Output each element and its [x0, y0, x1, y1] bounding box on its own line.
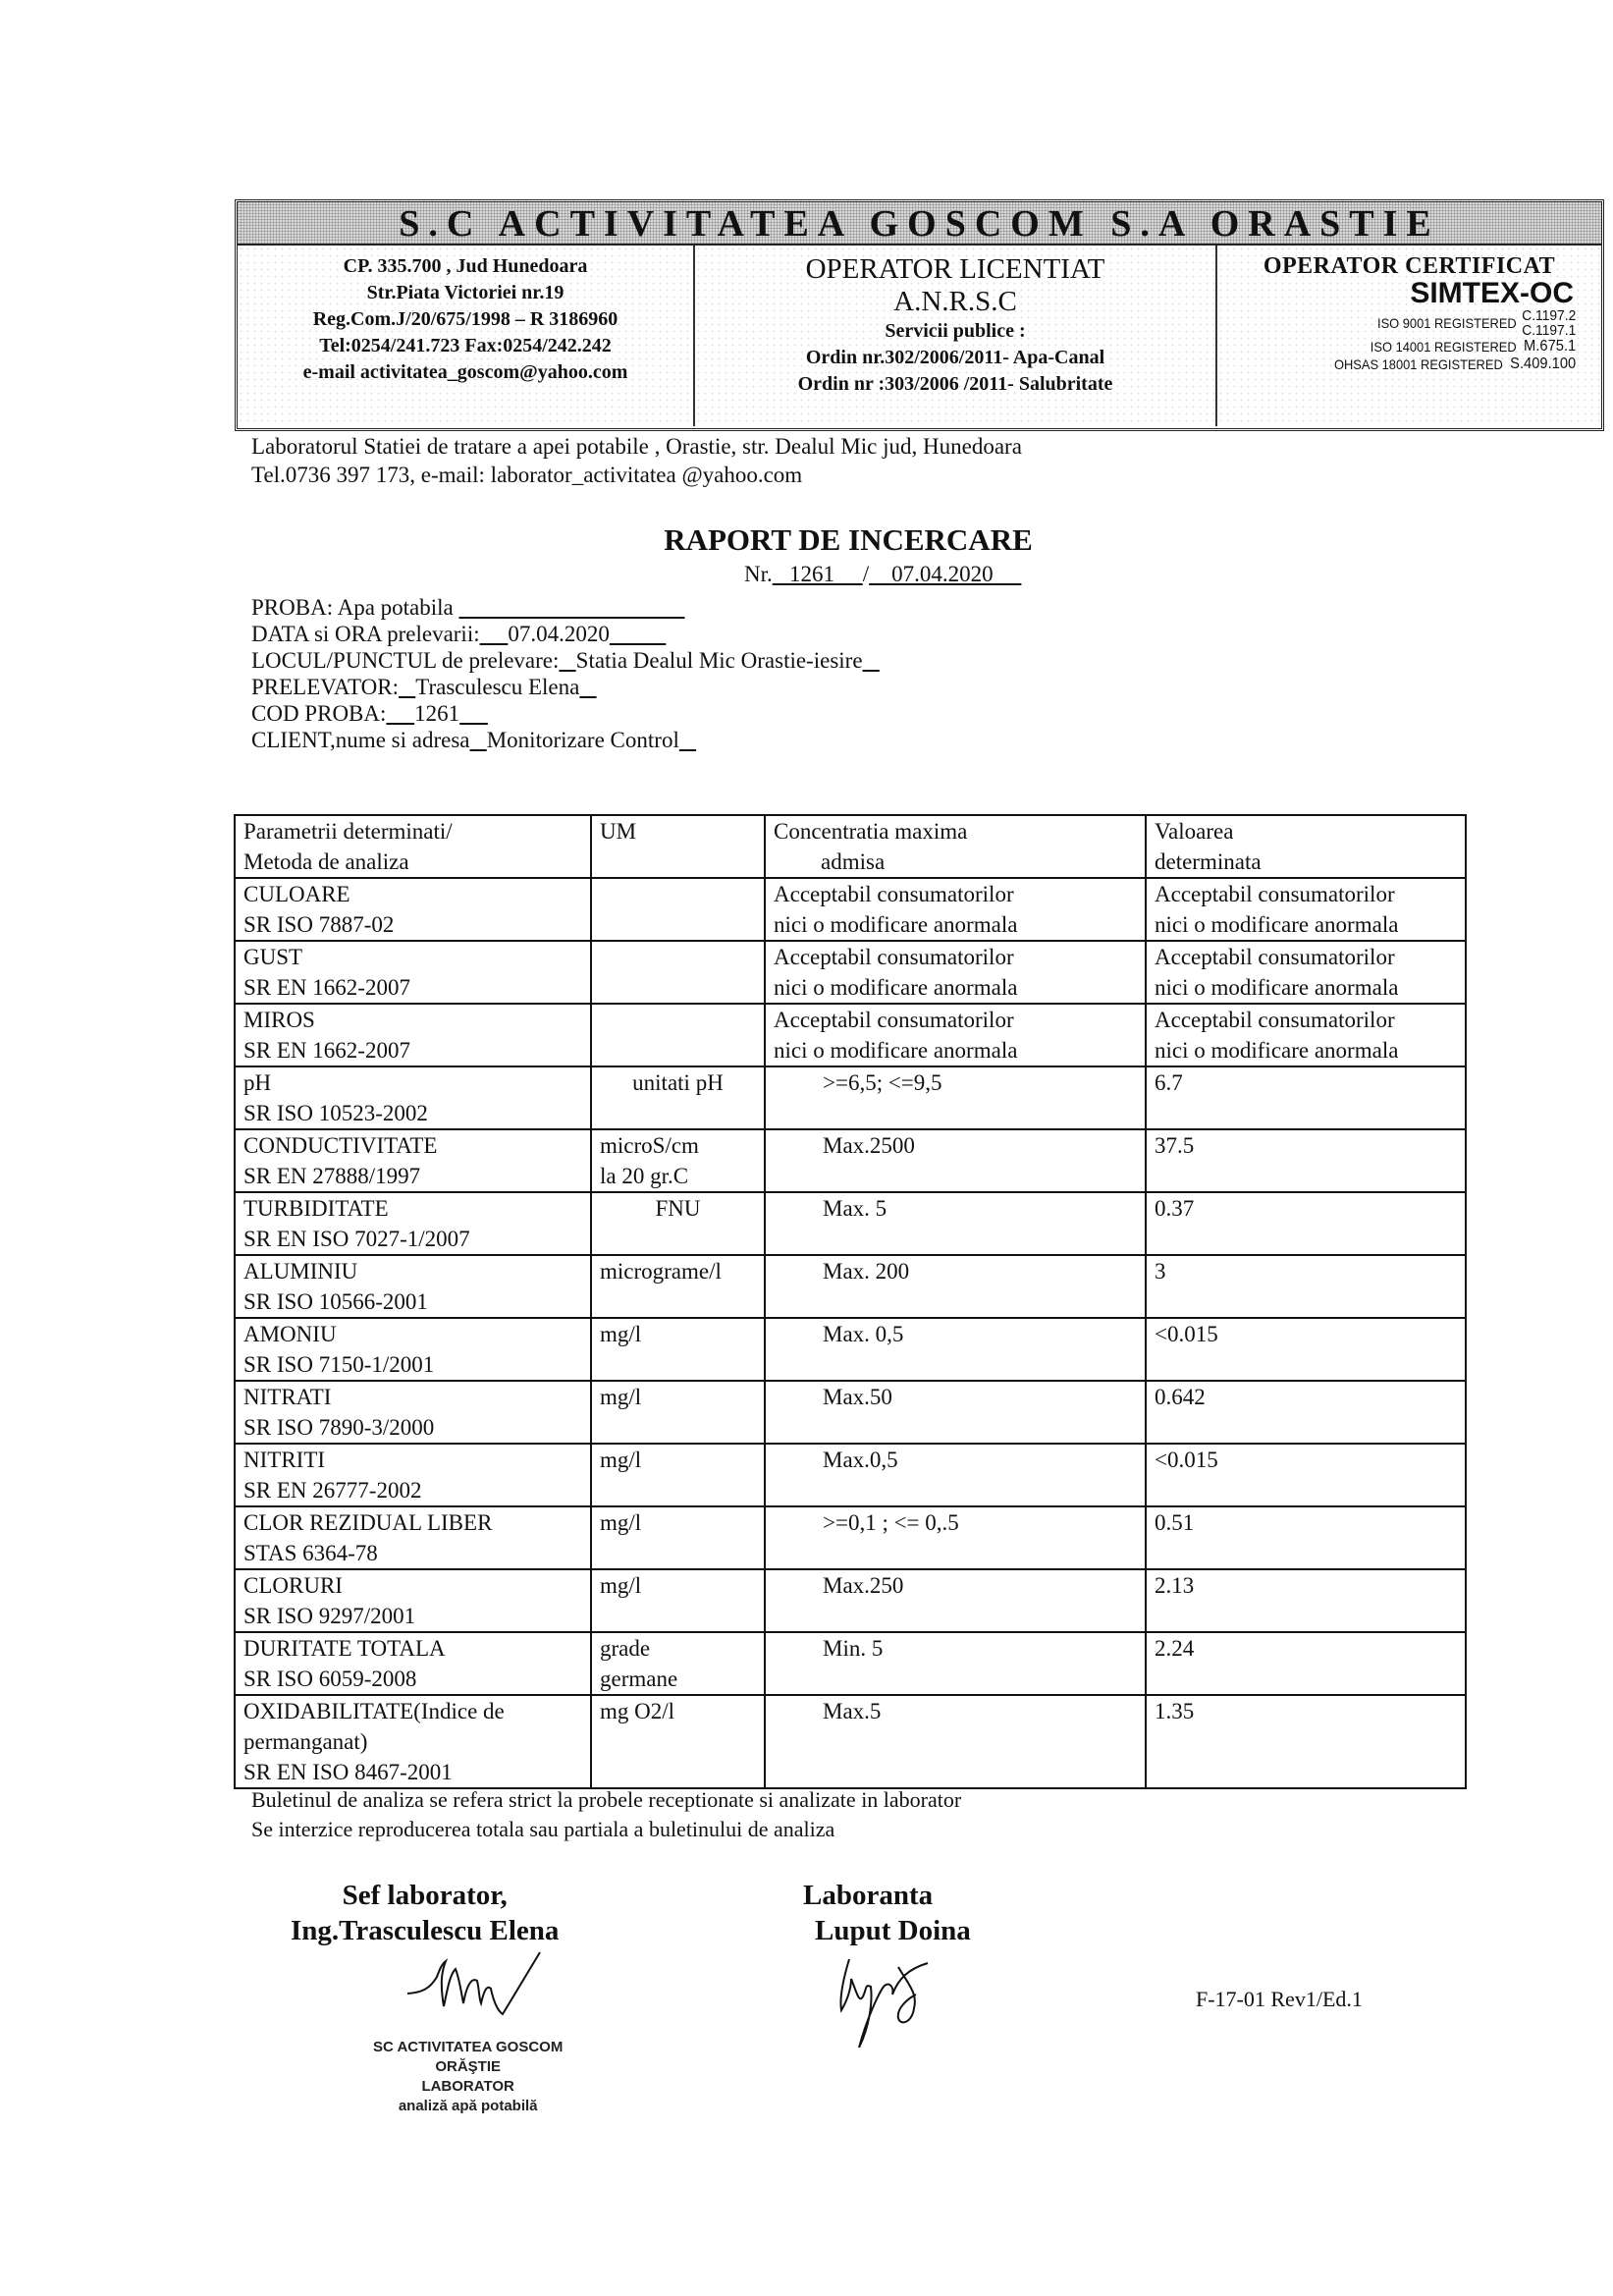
limit-cell-line: Max.0,5 — [823, 1445, 1137, 1475]
note-line: Se interzice reproducerea totala sau par… — [251, 1815, 961, 1844]
value-cell-line: Acceptabil consumatorilor — [1155, 942, 1457, 972]
parameter-cell-line: SR ISO 7150-1/2001 — [243, 1349, 582, 1380]
signature-lab-tech-icon — [830, 1949, 957, 2048]
value-cell: 0.37 — [1146, 1192, 1466, 1255]
value-cell: 1.35 — [1146, 1695, 1466, 1788]
company-banner: S.C ACTIVITATEA GOSCOM S.A ORASTIE — [238, 202, 1601, 246]
report-title: RAPORT DE INCERCARE — [0, 522, 1613, 558]
cert-label: OHSAS 18001 REGISTERED — [1334, 355, 1503, 373]
um-cell: mg/l — [591, 1506, 765, 1569]
value-cell: 0.642 — [1146, 1381, 1466, 1444]
um-cell-line: mg/l — [600, 1319, 756, 1349]
lab-info: Laboratorul Statiei de tratare a apei po… — [251, 432, 1022, 489]
certifier-name: SIMTEX-OC — [1217, 279, 1601, 308]
table-row: MIROSSR EN 1662-2007 Acceptabil consumat… — [235, 1004, 1466, 1066]
limit-cell-line: Acceptabil consumatorilor — [774, 879, 1137, 909]
parameter-cell-line: SR ISO 9297/2001 — [243, 1601, 582, 1631]
parameter-cell-line: SR EN ISO 8467-2001 — [243, 1757, 582, 1787]
value-cell: Acceptabil consumatorilornici o modifica… — [1146, 941, 1466, 1004]
limit-cell: Max.5 — [765, 1695, 1146, 1788]
value-cell-line: 37.5 — [1155, 1130, 1457, 1161]
limit-cell-line: Max.50 — [823, 1382, 1137, 1412]
value-cell-line: nici o modificare anormala — [1155, 972, 1457, 1003]
header-um: UM — [591, 815, 765, 878]
limit-cell-line: Max.2500 — [823, 1130, 1137, 1161]
parameter-cell: ALUMINIUSR ISO 10566-2001 — [235, 1255, 591, 1318]
report-number-line: Nr. 1261 / 07.04.2020 — [744, 562, 1021, 587]
parameter-cell-line: CONDUCTIVITATE — [243, 1130, 582, 1161]
table-row: CLOR REZIDUAL LIBERSTAS 6364-78mg/l>=0,1… — [235, 1506, 1466, 1569]
parameter-cell-line: permanganat) — [243, 1726, 582, 1757]
licensed-operator-block: OPERATOR LICENTIAT A.N.R.S.C Servicii pu… — [695, 246, 1217, 426]
value-cell: 37.5 — [1146, 1129, 1466, 1192]
table-row: OXIDABILITATE(Indice depermanganat)SR EN… — [235, 1695, 1466, 1788]
client-line: CLIENT,nume si adresa Monitorizare Contr… — [251, 727, 880, 753]
limit-cell-line: Max. 0,5 — [823, 1319, 1137, 1349]
limit-cell: Min. 5 — [765, 1632, 1146, 1695]
limit-cell-line: Max.5 — [823, 1696, 1137, 1726]
um-cell: mg/l — [591, 1318, 765, 1381]
value-cell-line: <0.015 — [1155, 1445, 1457, 1475]
parameter-cell: TURBIDITATESR EN ISO 7027-1/2007 — [235, 1192, 591, 1255]
limit-cell: Max. 200 — [765, 1255, 1146, 1318]
um-cell-line: mg O2/l — [600, 1696, 756, 1726]
value-cell-line: 1.35 — [1155, 1696, 1457, 1726]
header-value-line: determinata — [1155, 847, 1457, 877]
value-cell-line: 0.51 — [1155, 1507, 1457, 1538]
table-row: pHSR ISO 10523-2002unitati pH>=6,5; <=9,… — [235, 1066, 1466, 1129]
header-limit: Concentratia maximaadmisa — [765, 815, 1146, 878]
limit-cell-line: >=6,5; <=9,5 — [823, 1067, 1137, 1098]
header-parameter-line: Metoda de analiza — [243, 847, 582, 877]
parameter-cell-line: SR EN 1662-2007 — [243, 1035, 582, 1066]
licensing-authority: A.N.R.S.C — [695, 286, 1215, 318]
value-cell: 0.51 — [1146, 1506, 1466, 1569]
value-cell-line: 0.37 — [1155, 1193, 1457, 1224]
limit-cell: Max.50 — [765, 1381, 1146, 1444]
um-cell-line: grade — [600, 1633, 756, 1664]
parameter-cell: AMONIUSR ISO 7150-1/2001 — [235, 1318, 591, 1381]
parameter-cell-line: CLORURI — [243, 1570, 582, 1601]
value-cell-line: nici o modificare anormala — [1155, 1035, 1457, 1066]
value-cell-line: 0.642 — [1155, 1382, 1457, 1412]
cert-code: C.1197.1 — [1522, 323, 1576, 338]
signer-name: Luput Doina — [803, 1913, 971, 1948]
parameter-cell-line: SR ISO 10523-2002 — [243, 1098, 582, 1128]
proba-value: Apa potabila — [338, 595, 454, 620]
limit-cell: Max. 0,5 — [765, 1318, 1146, 1381]
parameter-cell: pHSR ISO 10523-2002 — [235, 1066, 591, 1129]
parameter-cell: NITRATISR ISO 7890-3/2000 — [235, 1381, 591, 1444]
um-cell-line: mg/l — [600, 1507, 756, 1538]
value-cell-line: Acceptabil consumatorilor — [1155, 1005, 1457, 1035]
cert-code: C.1197.2 — [1522, 308, 1576, 323]
report-date: 07.04.2020 — [891, 562, 994, 586]
um-cell-line: microS/cm — [600, 1130, 756, 1161]
address-line: Str.Piata Victoriei nr.19 — [238, 280, 693, 306]
proba-label: PROBA: — [251, 595, 333, 620]
value-cell: <0.015 — [1146, 1318, 1466, 1381]
um-cell-line: micrograme/l — [600, 1256, 756, 1286]
signature-head-icon — [403, 1949, 560, 2028]
limit-cell: Max. 5 — [765, 1192, 1146, 1255]
value-cell-line: <0.015 — [1155, 1319, 1457, 1349]
data-label: DATA si ORA prelevarii: — [251, 622, 480, 646]
cod-label: COD PROBA: — [251, 701, 386, 726]
value-cell-line: 2.13 — [1155, 1570, 1457, 1601]
table-row: AMONIUSR ISO 7150-1/2001mg/lMax. 0,5<0.0… — [235, 1318, 1466, 1381]
parameter-cell-line: SR EN ISO 7027-1/2007 — [243, 1224, 582, 1254]
value-cell-line: nici o modificare anormala — [1155, 909, 1457, 940]
table-row: CULOARESR ISO 7887-02 Acceptabil consuma… — [235, 878, 1466, 941]
cert-label: ISO 9001 REGISTERED — [1377, 314, 1517, 332]
table-row: DURITATE TOTALASR ISO 6059-2008gradegerm… — [235, 1632, 1466, 1695]
header-value: Valoareadeterminata — [1146, 815, 1466, 878]
table-header-row: Parametrii determinati/Metoda de analiza… — [235, 815, 1466, 878]
table-row: CLORURISR ISO 9297/2001mg/lMax.2502.13 — [235, 1569, 1466, 1632]
cod-value: 1261 — [414, 701, 459, 726]
parameter-cell: NITRITISR EN 26777-2002 — [235, 1444, 591, 1506]
client-label: CLIENT,nume si adresa — [251, 728, 469, 752]
um-cell — [591, 941, 765, 1004]
limit-cell: Acceptabil consumatorilornici o modifica… — [765, 878, 1146, 941]
order-line: Ordin nr.302/2006/2011- Apa-Canal — [695, 345, 1215, 371]
parameter-cell: CLORURISR ISO 9297/2001 — [235, 1569, 591, 1632]
um-cell-line: la 20 gr.C — [600, 1161, 756, 1191]
parameter-cell: DURITATE TOTALASR ISO 6059-2008 — [235, 1632, 591, 1695]
parameter-cell: CLOR REZIDUAL LIBERSTAS 6364-78 — [235, 1506, 591, 1569]
address-line: Tel:0254/241.723 Fax:0254/242.242 — [238, 333, 693, 359]
parameter-cell-line: NITRATI — [243, 1382, 582, 1412]
stamp-line: SC ACTIVITATEA GOSCOM — [373, 2038, 563, 2057]
table-row: NITRITISR EN 26777-2002mg/lMax.0,5<0.015 — [235, 1444, 1466, 1506]
loc-value: Statia Dealul Mic Orastie-iesire — [576, 648, 863, 673]
parameter-cell-line: SR ISO 7890-3/2000 — [243, 1412, 582, 1443]
parameter-cell-line: CULOARE — [243, 879, 582, 909]
limit-cell-line: Max.250 — [823, 1570, 1137, 1601]
header-limit-line: Concentratia maxima — [774, 816, 1137, 847]
um-cell — [591, 1004, 765, 1066]
parameter-cell-line: NITRITI — [243, 1445, 582, 1475]
parameter-cell: CONDUCTIVITATESR EN 27888/1997 — [235, 1129, 591, 1192]
lab-stamp: SC ACTIVITATEA GOSCOM ORĂŞTIE LABORATOR … — [373, 2038, 563, 2116]
parameter-cell-line: MIROS — [243, 1005, 582, 1035]
company-email: e-mail activitatea_goscom@yahoo.com — [238, 359, 693, 386]
cert-iso14001: ISO 14001 REGISTERED M.675.1 — [1248, 338, 1601, 355]
results-table: Parametrii determinati/Metoda de analiza… — [234, 814, 1467, 1789]
value-cell: 2.13 — [1146, 1569, 1466, 1632]
lab-contact: Tel.0736 397 173, e-mail: laborator_acti… — [251, 461, 1022, 489]
parameter-cell-line: STAS 6364-78 — [243, 1538, 582, 1568]
um-cell: gradegermane — [591, 1632, 765, 1695]
signer-role: Sef laborator, — [291, 1878, 559, 1913]
cert-ohsas18001: OHSAS 18001 REGISTERED S.409.100 — [1248, 355, 1601, 373]
table-row: NITRATISR ISO 7890-3/2000mg/lMax.500.642 — [235, 1381, 1466, 1444]
certified-operator-block: OPERATOR CERTIFICAT SIMTEX-OC ISO 9001 R… — [1217, 246, 1601, 426]
address-line: Reg.Com.J/20/675/1998 – R 3186960 — [238, 306, 693, 333]
parameter-cell-line: SR EN 1662-2007 — [243, 972, 582, 1003]
table-row: GUSTSR EN 1662-2007 Acceptabil consumato… — [235, 941, 1466, 1004]
um-cell-line: FNU — [600, 1193, 756, 1224]
company-address-block: CP. 335.700 , Jud Hunedoara Str.Piata Vi… — [238, 246, 695, 426]
limit-cell-line: nici o modificare anormala — [774, 1035, 1137, 1066]
um-cell-line: germane — [600, 1664, 756, 1694]
header-um-line: UM — [600, 816, 756, 847]
limit-cell-line: nici o modificare anormala — [774, 909, 1137, 940]
value-cell-line: Acceptabil consumatorilor — [1155, 879, 1457, 909]
limit-cell-line: Max. 5 — [823, 1193, 1137, 1224]
order-line: Ordin nr :303/2006 /2011- Salubritate — [695, 371, 1215, 398]
parameter-cell-line: CLOR REZIDUAL LIBER — [243, 1507, 582, 1538]
parameter-cell: GUSTSR EN 1662-2007 — [235, 941, 591, 1004]
parameter-cell-line: pH — [243, 1067, 582, 1098]
nr-prefix: Nr. — [744, 562, 773, 586]
parameter-cell-line: SR ISO 7887-02 — [243, 909, 582, 940]
value-cell: Acceptabil consumatorilornici o modifica… — [1146, 878, 1466, 941]
um-cell-line: mg/l — [600, 1570, 756, 1601]
table-row: CONDUCTIVITATESR EN 27888/1997microS/cml… — [235, 1129, 1466, 1192]
parameter-cell: OXIDABILITATE(Indice depermanganat)SR EN… — [235, 1695, 591, 1788]
limit-cell: Max.250 — [765, 1569, 1146, 1632]
licensed-title: OPERATOR LICENTIAT — [695, 253, 1215, 286]
limit-cell: Acceptabil consumatorilornici o modifica… — [765, 941, 1146, 1004]
prelevator-label: PRELEVATOR: — [251, 675, 399, 699]
value-cell: <0.015 — [1146, 1444, 1466, 1506]
limit-cell: Max.2500 — [765, 1129, 1146, 1192]
parameter-cell: CULOARESR ISO 7887-02 — [235, 878, 591, 941]
proba-line: PROBA: Apa potabila — [251, 594, 880, 621]
parameter-cell-line: SR EN 26777-2002 — [243, 1475, 582, 1505]
letterhead: S.C ACTIVITATEA GOSCOM S.A ORASTIE CP. 3… — [235, 199, 1604, 431]
sample-metadata: PROBA: Apa potabila DATA si ORA prelevar… — [251, 594, 880, 753]
signature-block-head: Sef laborator, Ing.Trasculescu Elena — [291, 1878, 559, 1948]
value-cell-line: 2.24 — [1155, 1633, 1457, 1664]
value-cell: 3 — [1146, 1255, 1466, 1318]
report-notes: Buletinul de analiza se refera strict la… — [251, 1785, 961, 1844]
parameter-cell-line: SR ISO 6059-2008 — [243, 1664, 582, 1694]
header-parameter-line: Parametrii determinati/ — [243, 816, 582, 847]
limit-cell: Acceptabil consumatorilornici o modifica… — [765, 1004, 1146, 1066]
um-cell: unitati pH — [591, 1066, 765, 1129]
limit-cell-line: Acceptabil consumatorilor — [774, 1005, 1137, 1035]
cert-code: M.675.1 — [1524, 338, 1576, 355]
data-line: DATA si ORA prelevarii: 07.04.2020 — [251, 621, 880, 647]
stamp-line: ORĂŞTIE — [373, 2057, 563, 2077]
um-cell: micrograme/l — [591, 1255, 765, 1318]
form-code: F-17-01 Rev1/Ed.1 — [1196, 1987, 1363, 2012]
address-line: CP. 335.700 , Jud Hunedoara — [238, 253, 693, 280]
report-number: 1261 — [789, 562, 834, 586]
limit-cell-line: Min. 5 — [823, 1633, 1137, 1664]
parameter-cell: MIROSSR EN 1662-2007 — [235, 1004, 591, 1066]
parameter-cell-line: SR ISO 10566-2001 — [243, 1286, 582, 1317]
data-value: 07.04.2020 — [508, 622, 610, 646]
limit-cell-line: Acceptabil consumatorilor — [774, 942, 1137, 972]
prelevator-value: Trasculescu Elena — [415, 675, 579, 699]
value-cell: Acceptabil consumatorilornici o modifica… — [1146, 1004, 1466, 1066]
um-cell: mg/l — [591, 1569, 765, 1632]
cert-code: S.409.100 — [1510, 355, 1576, 373]
um-cell — [591, 878, 765, 941]
lab-address: Laboratorul Statiei de tratare a apei po… — [251, 432, 1022, 461]
client-value: Monitorizare Control — [487, 728, 679, 752]
signer-role: Laboranta — [803, 1878, 971, 1913]
table-row: ALUMINIUSR ISO 10566-2001micrograme/lMax… — [235, 1255, 1466, 1318]
um-cell-line: mg/l — [600, 1445, 756, 1475]
services-label: Servicii publice : — [695, 318, 1215, 345]
limit-cell-line: >=0,1 ; <= 0,.5 — [823, 1507, 1137, 1538]
parameter-cell-line: TURBIDITATE — [243, 1193, 582, 1224]
certified-title: OPERATOR CERTIFICAT — [1217, 253, 1601, 279]
cert-iso9001: ISO 9001 REGISTERED C.1197.2 C.1197.1 — [1248, 308, 1601, 338]
value-cell: 6.7 — [1146, 1066, 1466, 1129]
limit-cell-line: Max. 200 — [823, 1256, 1137, 1286]
parameter-cell-line: OXIDABILITATE(Indice de — [243, 1696, 582, 1726]
um-cell-line: unitati pH — [600, 1067, 756, 1098]
limit-cell-line: nici o modificare anormala — [774, 972, 1137, 1003]
um-cell-line: mg/l — [600, 1382, 756, 1412]
limit-cell: >=6,5; <=9,5 — [765, 1066, 1146, 1129]
um-cell: mg/l — [591, 1381, 765, 1444]
loc-line: LOCUL/PUNCTUL de prelevare: Statia Dealu… — [251, 647, 880, 674]
note-line: Buletinul de analiza se refera strict la… — [251, 1785, 961, 1815]
loc-label: LOCUL/PUNCTUL de prelevare: — [251, 648, 559, 673]
limit-cell: Max.0,5 — [765, 1444, 1146, 1506]
um-cell: mg O2/l — [591, 1695, 765, 1788]
parameter-cell-line: AMONIU — [243, 1319, 582, 1349]
cod-line: COD PROBA: 1261 — [251, 700, 880, 727]
header-value-line: Valoarea — [1155, 816, 1457, 847]
header-parameter: Parametrii determinati/Metoda de analiza — [235, 815, 591, 878]
header-limit-line: admisa — [774, 847, 1137, 877]
signer-name: Ing.Trasculescu Elena — [291, 1913, 559, 1948]
value-cell-line: 3 — [1155, 1256, 1457, 1286]
limit-cell: >=0,1 ; <= 0,.5 — [765, 1506, 1146, 1569]
prelevator-line: PRELEVATOR: Trasculescu Elena — [251, 674, 880, 700]
value-cell: 2.24 — [1146, 1632, 1466, 1695]
value-cell-line: 6.7 — [1155, 1067, 1457, 1098]
parameter-cell-line: GUST — [243, 942, 582, 972]
stamp-line: LABORATOR — [373, 2077, 563, 2097]
cert-label: ISO 14001 REGISTERED — [1371, 338, 1517, 355]
parameter-cell-line: DURITATE TOTALA — [243, 1633, 582, 1664]
stamp-line: analiză apă potabilă — [373, 2097, 563, 2116]
um-cell: microS/cmla 20 gr.C — [591, 1129, 765, 1192]
um-cell: mg/l — [591, 1444, 765, 1506]
um-cell: FNU — [591, 1192, 765, 1255]
table-row: TURBIDITATESR EN ISO 7027-1/2007FNUMax. … — [235, 1192, 1466, 1255]
parameter-cell-line: ALUMINIU — [243, 1256, 582, 1286]
signature-block-lab-tech: Laboranta Luput Doina — [803, 1878, 971, 1948]
parameter-cell-line: SR EN 27888/1997 — [243, 1161, 582, 1191]
